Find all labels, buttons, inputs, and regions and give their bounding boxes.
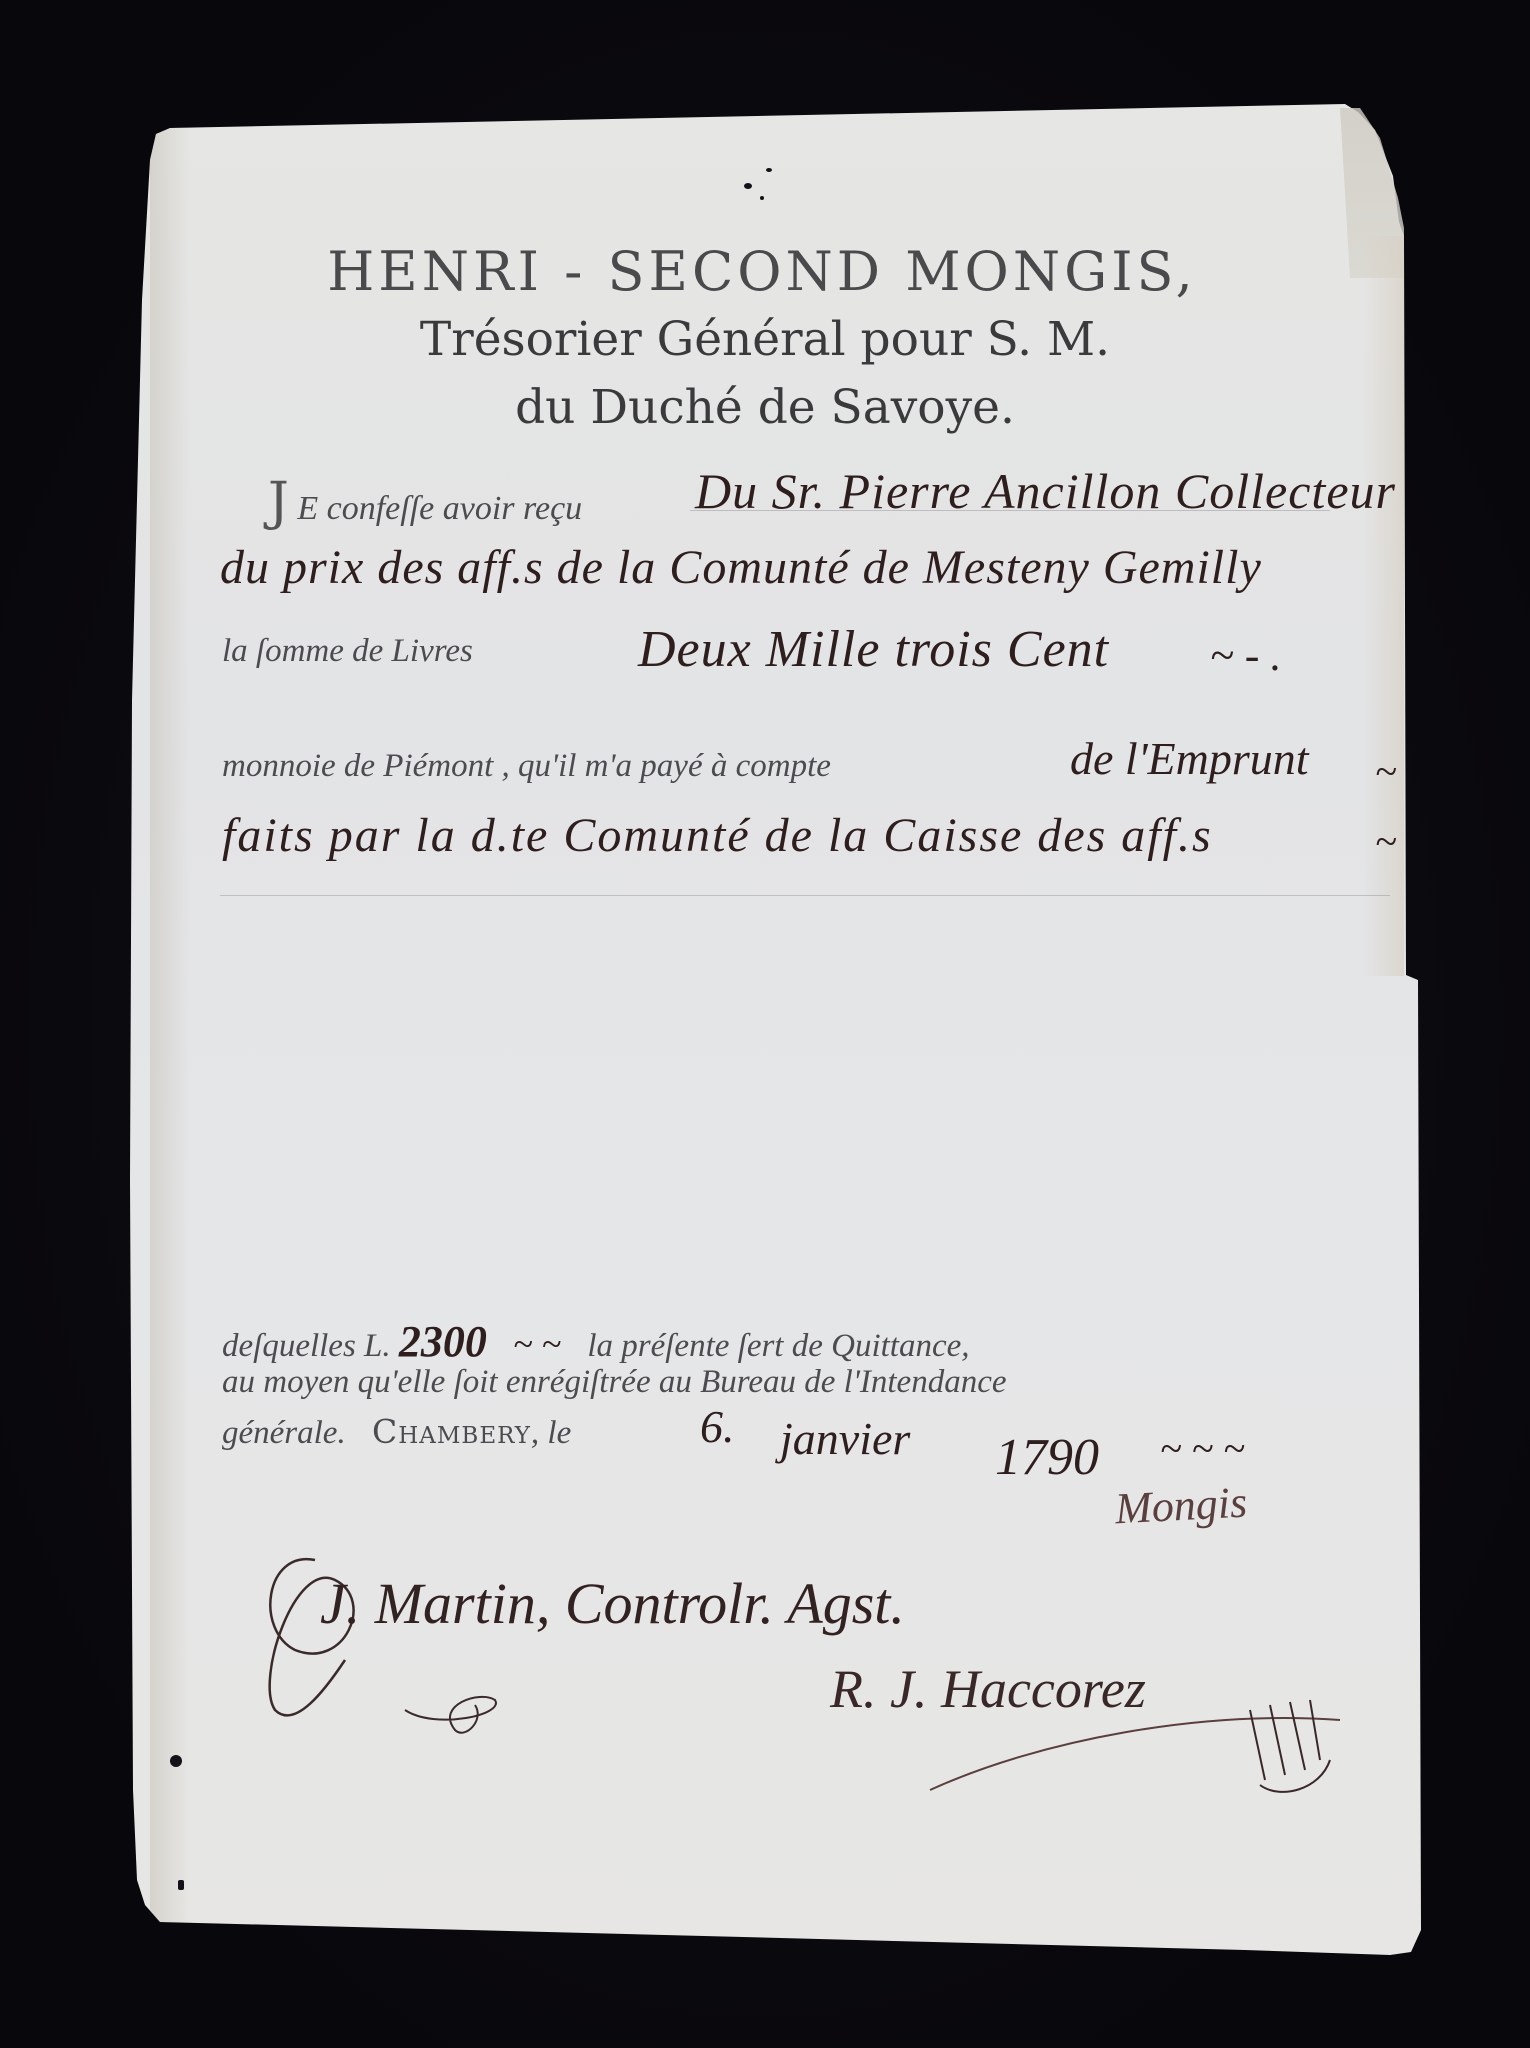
purpose-handwritten: du prix des aff.s de la Comunté de Meste… [220, 540, 1262, 595]
ink-speck [760, 196, 764, 200]
sum-in-words: Deux Mille trois Cent [638, 620, 1109, 679]
payer-handwritten: Du Sr. Pierre Ancillon Collecteur [695, 462, 1396, 520]
ink-speck [744, 183, 752, 189]
city-name: Chambery [372, 1412, 531, 1451]
treasurer-name-heading: HENRI - SECOND MONGIS, [0, 240, 1527, 303]
confess-text: E confeſſe avoir reçu [297, 490, 582, 527]
loan-source-handwritten: faits par la d.te Comunté de la Caisse d… [222, 808, 1213, 863]
date-year: 1790 [995, 1428, 1099, 1487]
closing-line-3: générale. Chambery, le [222, 1412, 571, 1452]
loan-handwritten: de l'Emprunt [1070, 732, 1309, 785]
ink-blot [178, 1880, 184, 1890]
line-filler: ~ ~ ~ [1160, 1425, 1245, 1472]
registration-text: au moyen qu'elle ſoit enrégiſtrée au Bur… [222, 1364, 1007, 1401]
line-filler: ~ [1375, 748, 1397, 795]
signature-flourish-haccorez [920, 1690, 1360, 1810]
ink-speck [766, 168, 772, 172]
sum-label: la ſomme de Livres [222, 633, 473, 670]
signature-martin: J. Martin, Controlr. Agst. [320, 1570, 905, 1637]
signature-mongis: Mongis [1114, 1477, 1248, 1535]
currency-text: monnoie de Piémont , qu'il m'a payé à co… [222, 748, 831, 785]
ruled-line [690, 510, 1330, 511]
amount-figure: 2300 [399, 1317, 487, 1366]
closing-line-1: deſquelles L. 2300 ~ ~ la préſente ſert … [222, 1316, 970, 1367]
drop-cap: J [268, 472, 289, 532]
amount-label: deſquelles L. [222, 1328, 391, 1364]
line-filler: ~ - . [1210, 630, 1281, 681]
date-month: janvier [780, 1412, 910, 1465]
line-filler: ~ [1375, 818, 1397, 865]
date-prefix: , le [531, 1415, 571, 1451]
receipt-statement: la préſente ſert de Quittance, [587, 1328, 969, 1364]
ink-blot [170, 1755, 182, 1767]
generale-text: générale. [222, 1415, 346, 1451]
line-filler: ~ ~ [513, 1324, 561, 1364]
ruled-line [220, 895, 1390, 896]
date-day: 6. [700, 1400, 735, 1453]
jurisdiction: du Duché de Savoye. [0, 380, 1530, 435]
body-line-1-printed: J E confeſſe avoir reçu [268, 472, 582, 532]
treasurer-title: Trésorier Général pour S. M. [0, 312, 1530, 367]
